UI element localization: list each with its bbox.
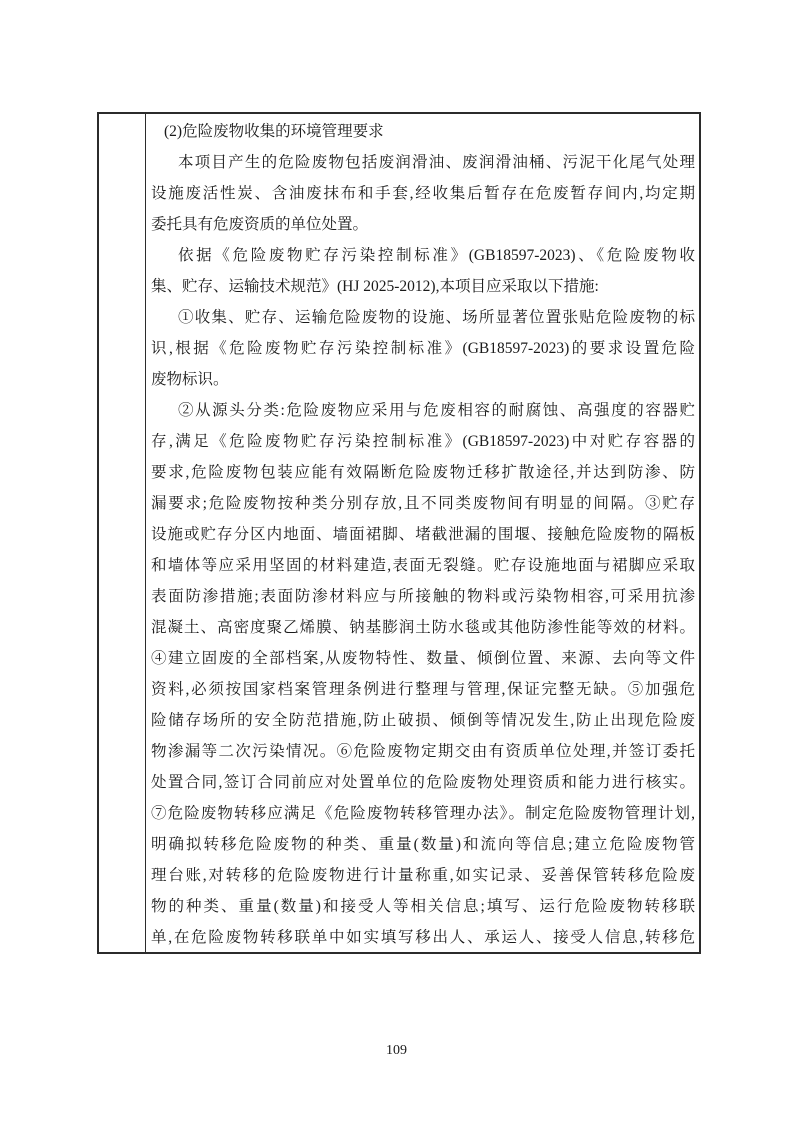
text-line: ④建立固废的全部档案,从废物特性、数量、倾倒位置、来源、去向等文件: [151, 643, 695, 674]
text-line: 要求,危险废物包装应能有效隔断危险废物迁移扩散途径,并达到防渗、防: [151, 457, 695, 488]
text-line: 理台账,对转移的危险废物进行计量称重,如实记录、妥善保管转移危险废: [151, 860, 695, 891]
text-line: 险储存场所的安全防范措施,防止破损、倾倒等情况发生,防止出现危险废: [151, 705, 695, 736]
table-left-column: [99, 114, 146, 952]
content-table: (2)危险废物收集的环境管理要求本项目产生的危险废物包括废润滑油、废润滑油桶、污…: [97, 112, 701, 954]
table-content-cell: (2)危险废物收集的环境管理要求本项目产生的危险废物包括废润滑油、废润滑油桶、污…: [146, 114, 699, 952]
text-line: 资料,必须按国家档案管理条例进行整理与管理,保证完整无缺。⑤加强危: [151, 674, 695, 705]
text-line: ②从源头分类:危险废物应采用与危废相容的耐腐蚀、高强度的容器贮: [151, 395, 695, 426]
text-line: 漏要求;危险废物按种类分别存放,且不同类废物间有明显的间隔。③贮存: [151, 488, 695, 519]
text-line: 物渗漏等二次污染情况。⑥危险废物定期交由有资质单位处理,并签订委托: [151, 736, 695, 767]
text-line: 存,满足《危险废物贮存污染控制标准》(GB18597-2023)中对贮存容器的: [151, 426, 695, 457]
text-line: 废物标识。: [151, 364, 695, 395]
text-line: 明确拟转移危险废物的种类、重量(数量)和流向等信息;建立危险废物管: [151, 829, 695, 860]
text-line: 委托具有危废资质的单位处置。: [151, 209, 695, 240]
text-line: 表面防渗措施;表面防渗材料应与所接触的物料或污染物相容,可采用抗渗: [151, 581, 695, 612]
text-line: 识,根据《危险废物贮存污染控制标准》(GB18597-2023)的要求设置危险: [151, 333, 695, 364]
page-number: 109: [0, 1041, 793, 1061]
text-line: 依据《危险废物贮存污染控制标准》(GB18597-2023)、《危险废物收: [151, 240, 695, 271]
text-line: 本项目产生的危险废物包括废润滑油、废润滑油桶、污泥干化尾气处理: [151, 147, 695, 178]
text-line: 集、贮存、运输技术规范》(HJ 2025-2012),本项目应采取以下措施:: [151, 271, 695, 302]
text-line: 设施或贮存分区内地面、墙面裙脚、堵截泄漏的围堰、接触危险废物的隔板: [151, 519, 695, 550]
text-line: 单,在危险废物转移联单中如实填写移出人、承运人、接受人信息,转移危: [151, 922, 695, 952]
section-heading: (2)危险废物收集的环境管理要求: [151, 116, 695, 147]
text-line: 混凝土、高密度聚乙烯膜、钠基膨润土防水毯或其他防渗性能等效的材料。: [151, 612, 695, 643]
text-line: ⑦危险废物转移应满足《危险废物转移管理办法》。制定危险废物管理计划,: [151, 798, 695, 829]
text-line: 处置合同,签订合同前应对处置单位的危险废物处理资质和能力进行核实。: [151, 767, 695, 798]
text-line: 和墙体等应采用坚固的材料建造,表面无裂缝。贮存设施地面与裙脚应采取: [151, 550, 695, 581]
text-line: 设施废活性炭、含油废抹布和手套,经收集后暂存在危废暂存间内,均定期: [151, 178, 695, 209]
text-line: ①收集、贮存、运输危险废物的设施、场所显著位置张贴危险废物的标: [151, 302, 695, 333]
text-line: 物的种类、重量(数量)和接受人等相关信息;填写、运行危险废物转移联: [151, 891, 695, 922]
